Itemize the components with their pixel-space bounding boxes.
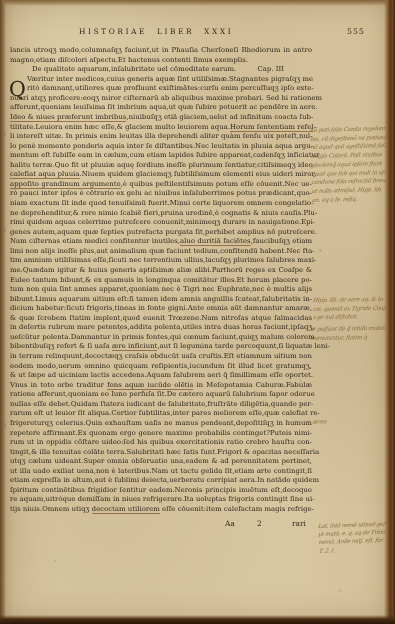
text-line: Vnus in toto orbe traditur fons aquæ iuc…	[10, 381, 312, 391]
ink-underline: Ideo & niues præferunt imbribus	[10, 113, 126, 122]
text-line: lo penè momento ponderis aquis inter ſe …	[10, 142, 312, 152]
text-line: appoſito grandinum argumento,è quibus pe…	[10, 180, 312, 190]
text-line: genes autem,aquam quæ ſepties putrefacta…	[10, 228, 312, 238]
ink-underline: aluo duritiā faciētes	[180, 237, 251, 246]
text-line: in terram relinquunt,decoctæqʒ craſsis o…	[10, 352, 312, 362]
ink-underline: appoſito grandinum argumento	[10, 180, 121, 189]
text-line: tijs niuis.Omnem utiqʒ decoctam utiliore…	[10, 505, 312, 515]
text-line: rimi quidem aquas celerrime putreſcere c…	[10, 218, 312, 228]
text-line: & ut ſæpe ad uiciniam lactis accedens.Aq…	[10, 371, 312, 381]
text-line: & quæ ſcrobem ſtatim implent,quod euenit…	[10, 314, 312, 324]
text-line: repetere affirmant.Ex quonam ergo genere…	[10, 429, 312, 439]
handwritten-note-line: bis, cū digeſtionē ne potiusq̄	[310, 133, 395, 144]
ink-underline: Horum ſententiam refel	[230, 123, 313, 132]
chapter-number: Cap. III	[258, 65, 285, 75]
text-line: rò pauci inter ipſos è cōtrario ex gelu …	[10, 189, 312, 199]
handwritten-note-line: candune fola refractiō breui	[311, 177, 395, 188]
text-line: tingit,& illa tenuitas colāte terra.Salu…	[10, 448, 312, 458]
handwritten-note-line: an. eq a le. refiq.	[311, 194, 395, 205]
text-line: dicium habetur:ſicuti frigoris,tineas in…	[10, 304, 312, 314]
text-line: niam exactum ſit inde quod tenuiſsimū fu…	[10, 199, 312, 209]
handwritten-note-line: glaciemq̄ aquā ipſam fiunt	[310, 160, 395, 171]
handwritten-note: Hipp. lib. de aere aq. & lo-cis. quoniā …	[313, 296, 393, 323]
handwritten-note-line: # poſſunt de q̄ nihilū mutatā	[310, 325, 394, 335]
text-line: li intereſt uitæ. In primis enim leuitas…	[10, 132, 312, 142]
text-line: calefiat aqua pluuia.Niuem quidem glacie…	[10, 170, 312, 180]
text-line: magno,etiam diſcolori aſpectu.Et hactenu…	[10, 56, 312, 66]
text-line: me.Quædam igitur & huius generis aptiſsi…	[10, 266, 312, 276]
text-line: Ideo & niues præferunt imbribus,niuibuſq…	[10, 113, 312, 123]
handwritten-note-line: cis. quoniā ex Tigride Coaſpē	[312, 304, 394, 314]
page-number: 555	[347, 27, 365, 36]
ink-underline: fons aquæ iucūde olētis	[107, 381, 193, 390]
gathering-signature: Aa	[225, 519, 235, 528]
parchment-page: HISTORIAE LIBER XXXI 555 Q lancis utroqʒ…	[0, 0, 395, 624]
text-line: afferunt,quoniam leuiſsima ſit imbrium a…	[10, 103, 312, 113]
page-edge-bottom	[0, 615, 395, 624]
text-line: Væritur inter medicos,cuius generis aquæ…	[10, 75, 312, 85]
ink-underline: ære inficiunt	[112, 342, 157, 351]
running-title: HISTORIAE LIBER XXXI	[79, 27, 233, 36]
text-line: De qualitate aquarum,inſalubritate uel c…	[10, 65, 312, 75]
running-head: HISTORIAE LIBER XXXI 555	[0, 27, 395, 37]
text-line: halitu terræ.Quo fit ut pluuiæ aquę ſord…	[10, 161, 312, 171]
text-line: rum ut in oppidis cōſtare uideo:ſed his …	[10, 438, 312, 448]
handwritten-note-line: magis Calorū. Poſt niuibus	[310, 151, 395, 162]
text-block: lancis utroqʒ modo,columnaſqʒ faciunt,ut…	[10, 46, 312, 515]
text-line: ſpiritum continētibus frigidior ſentitur…	[10, 486, 312, 496]
text-line: etiam expreſſa in altum,aut è ſublimi de…	[10, 476, 312, 486]
page-edge-left	[0, 0, 6, 624]
book-fore-edge	[384, 0, 395, 624]
text-line: bibentibuſqʒ refert & ſi uaſa ære infici…	[10, 342, 312, 352]
text-line: rarum eſt ut leuior ſit aliqua.Certior ſ…	[10, 409, 312, 419]
handwritten-note-line: quod que ſub qui mali in uſū	[310, 168, 395, 179]
page-edge-top	[0, 0, 395, 6]
text-line: frigereturqʒ celerius.Quin exhauſtam uaſ…	[10, 419, 312, 429]
gathering-number: 2	[257, 519, 262, 528]
text-line: Euleo tantum bibunt,& ex quamuis in long…	[10, 276, 312, 286]
handwritten-note: # poſſunt de q̄ nihilū mutatāmanutentur,…	[311, 325, 393, 343]
text-line: bibunt.Limus aquarum uitium eſt:ſi tamen…	[10, 295, 312, 305]
handwritten-note-line: Hipp. lib. de aere aq. & lo-	[312, 296, 394, 306]
text-line: ut illa uado exiliat uena,non è lateribu…	[10, 467, 312, 477]
handwritten-note: hū poti-ſalis Canita regelanturbis, cū d…	[310, 125, 395, 206]
ink-underline: calefiat aqua pluuia	[10, 170, 80, 179]
text-line: nullas eſſe debet.Quidam ſtatera iudican…	[10, 400, 312, 410]
handwritten-note-line: i-ge nut diſtabat.	[313, 313, 395, 323]
text-line: mentum eſt ſubiſſe eam in cælum,cum etia…	[10, 151, 312, 161]
text-line: ritò damnant,utiliores quæ profluunt exi…	[10, 84, 312, 94]
handwritten-note-line: hū poti-ſalis Canita regelantur	[309, 125, 395, 136]
text-line: ueſcūtur polenta.Damnantur in primis fon…	[10, 333, 312, 343]
text-line: nuari atqʒ proficere:eoqʒ miror ciſterna…	[10, 94, 312, 104]
text-line: utqʒ cælum uideant.Super omnia obſeruati…	[10, 457, 312, 467]
text-line: re aquam,uitróque demiſſam in niues refr…	[10, 495, 312, 505]
text-line: tim amnium utiliſsimas eſſe,ſicuti nec t…	[10, 256, 312, 266]
text-line: lancis utroqʒ modo,columnaſqʒ faciunt,ut…	[10, 46, 312, 56]
handwritten-note-line: ut nolis admiſsō, Hipp. lib.	[311, 186, 395, 197]
catchword: rari	[292, 519, 306, 528]
text-line: ratione afferunt,quoniam eo Iuno perfuſa…	[10, 390, 312, 400]
text-line: limi non alijs ineſſe plus,aut animalium…	[10, 247, 312, 257]
handwritten-note: + ærea	[306, 418, 346, 427]
text-line: ne deprehenditur,& rore nimio ſcabiē fie…	[10, 209, 312, 219]
text-line: in deſertis rubrum mare petentes,addita …	[10, 323, 312, 333]
handwritten-note-line: nō aqud quā ageſtiſsimā fallis	[310, 142, 395, 153]
text-line: Nam ciſternas etiam medici confitentur i…	[10, 237, 312, 247]
text-line: tilitate.Leuiora enim hæc eſſe,& glaciem…	[10, 123, 312, 133]
text-line: tum non quia ſint amnes apparet,quoniam …	[10, 285, 312, 295]
book-page-scan: { "page": { "header": { "title": "HISTOR…	[0, 0, 395, 624]
ink-underline: decoctam utiliorem	[92, 505, 160, 514]
text-line: eodem modo,uerum omnino quicquam reſipie…	[10, 362, 312, 372]
